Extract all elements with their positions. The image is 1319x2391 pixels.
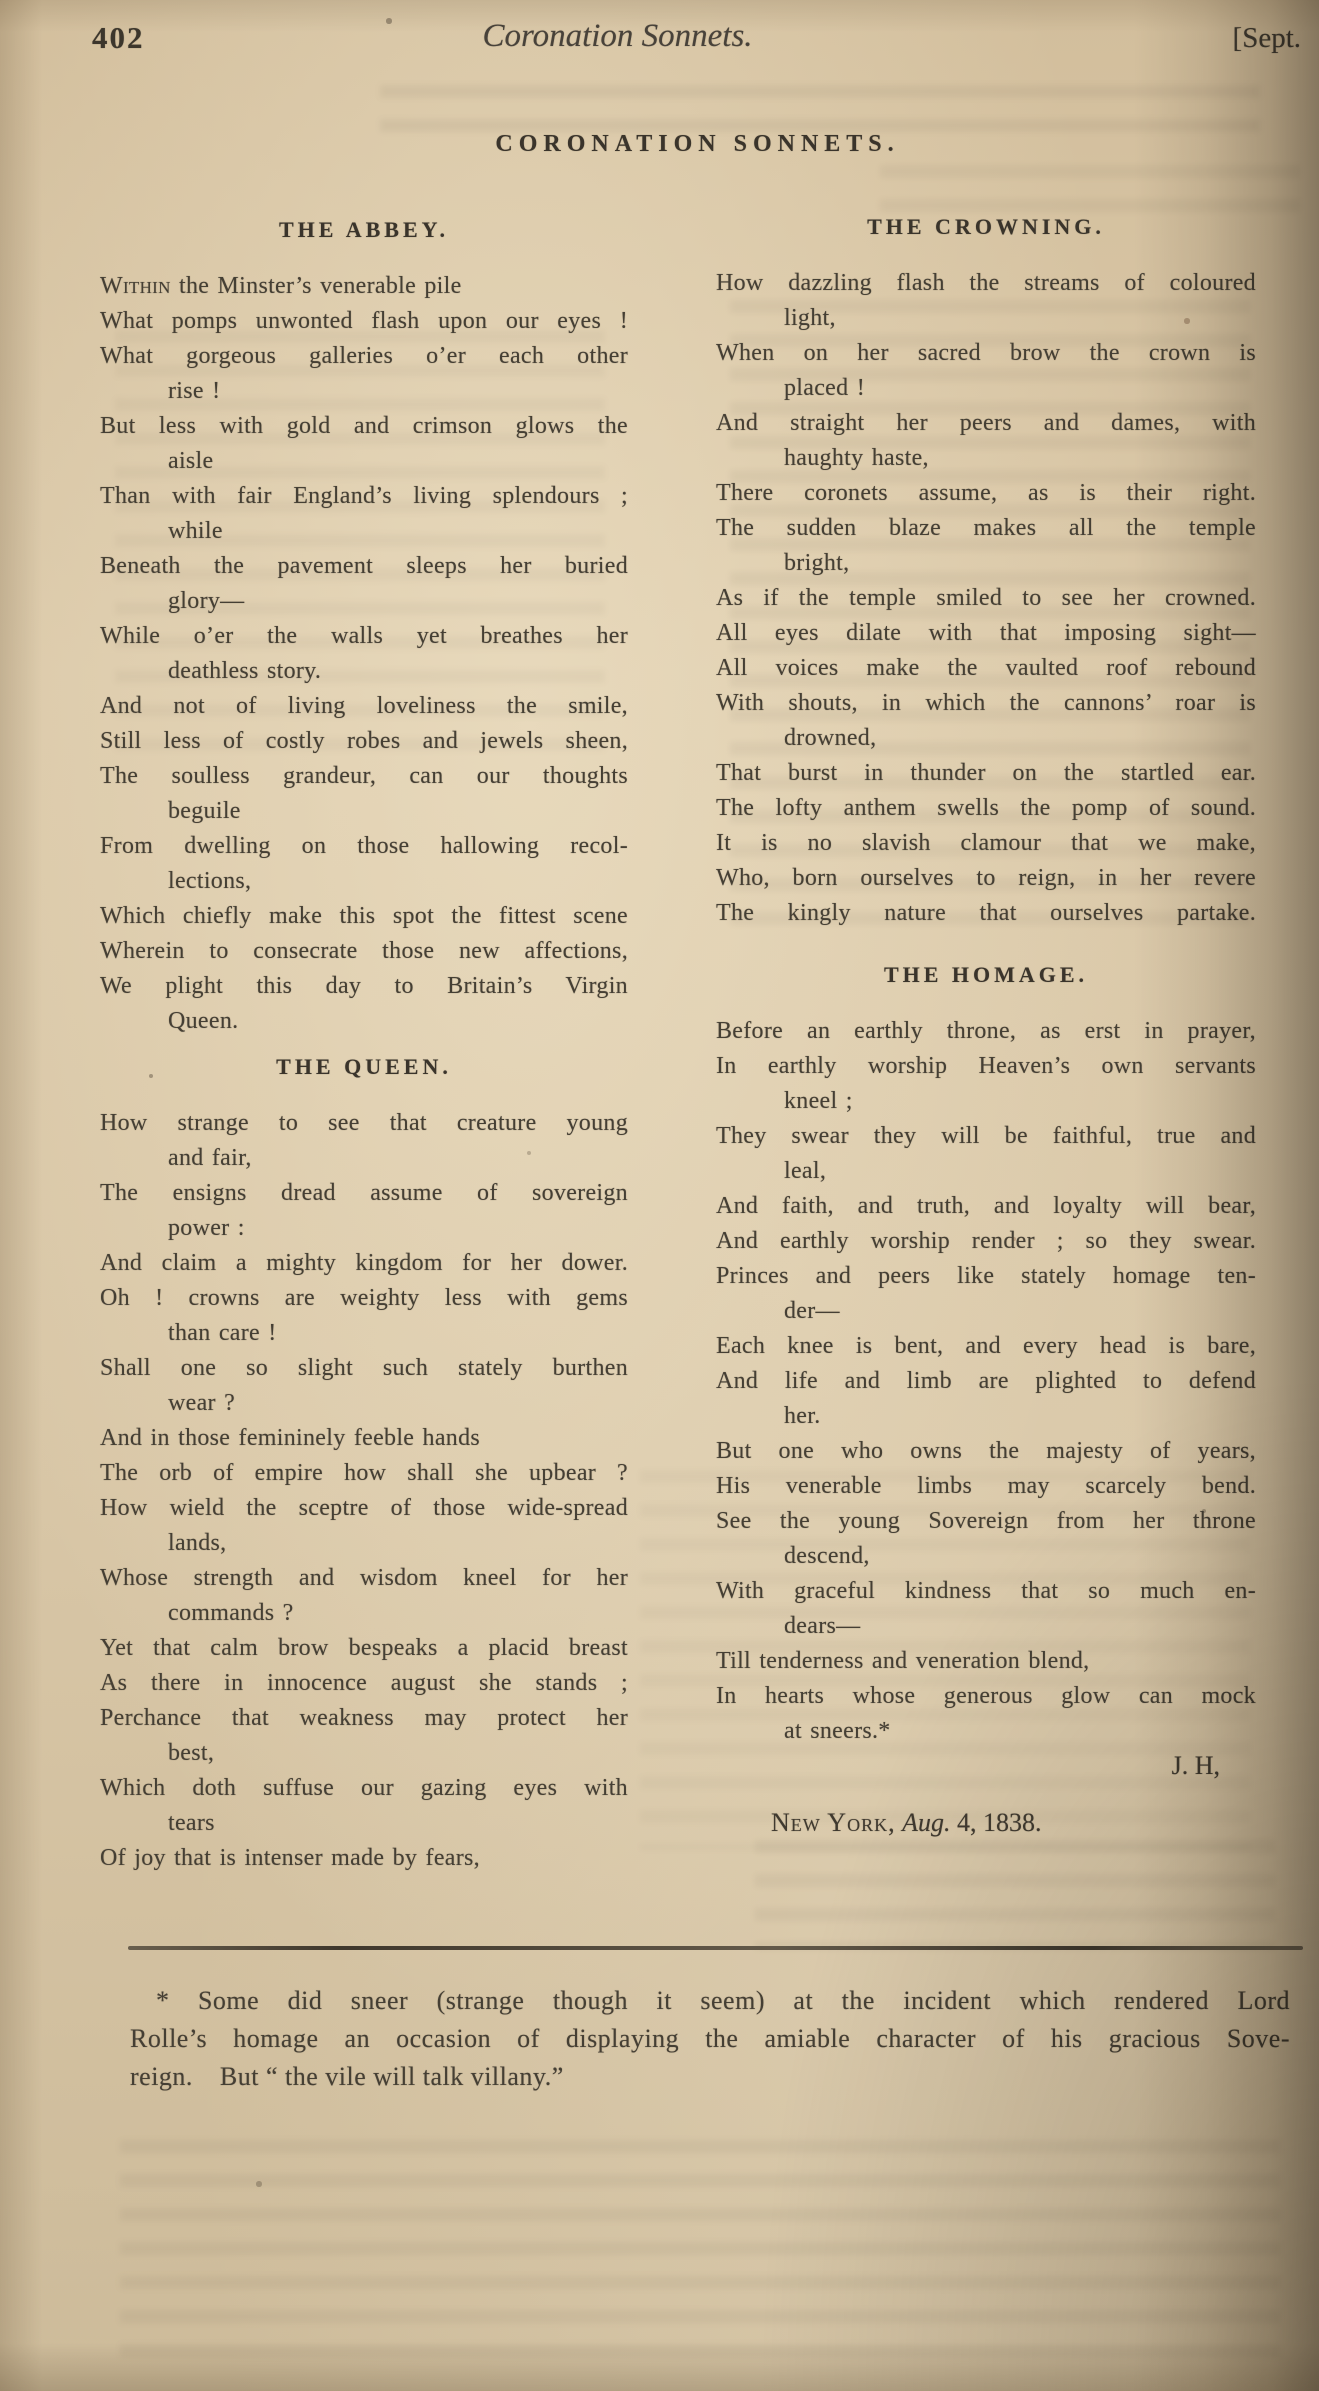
dateline-place: New York,: [771, 1808, 896, 1837]
dateline-month: Aug.: [902, 1808, 950, 1837]
sonnet-queen-lines: How strange to see that creature youngan…: [100, 1106, 628, 1876]
poem-line: In hearts whose generous glow can mock: [716, 1679, 1256, 1714]
poem-line: and fair,: [100, 1141, 628, 1176]
poem-line: The ensigns dread assume of sovereign: [100, 1176, 628, 1211]
poem-line: rise !: [100, 374, 628, 409]
poem-line: And in those femininely feeble hands: [100, 1421, 628, 1456]
poem-line: Of joy that is intenser made by fears,: [100, 1841, 628, 1876]
poem-line: In earthly worship Heaven’s own servants: [716, 1049, 1256, 1084]
poem-line: The soulless grandeur, can our thoughts: [100, 759, 628, 794]
poem-line: All voices make the vaulted roof rebound: [716, 651, 1256, 686]
lead-word-smallcaps: Within: [100, 273, 171, 299]
poem-line: Which doth suffuse our gazing eyes with: [100, 1771, 628, 1806]
poem-line: What pomps unwonted flash upon our eyes …: [100, 304, 628, 339]
poem-line: lands,: [100, 1526, 628, 1561]
scanned-book-page: 402 Coronation Sonnets. [Sept. CORONATIO…: [0, 0, 1319, 2391]
sonnet-heading: THE HOMAGE.: [716, 961, 1256, 989]
poem-line: Beneath the pavement sleeps her buried: [100, 549, 628, 584]
footnote-line: * Some did sneer (strange though it seem…: [130, 1982, 1290, 2020]
poem-line: There coronets assume, as is their right…: [716, 476, 1256, 511]
poem-line: Each knee is bent, and every head is bar…: [716, 1329, 1256, 1364]
poem-line: While o’er the walls yet breathes her: [100, 619, 628, 654]
poem-line: The lofty anthem swells the pomp of soun…: [716, 791, 1256, 826]
poem-line: From dwelling on those hallowing recol-: [100, 829, 628, 864]
poem-line: How strange to see that creature young: [100, 1106, 628, 1141]
poem-line: Princes and peers like stately homage te…: [716, 1259, 1256, 1294]
poem-line: best,: [100, 1736, 628, 1771]
poem-line: her.: [716, 1399, 1256, 1434]
poem-line: And straight her peers and dames, with: [716, 406, 1256, 441]
poem-line: while: [100, 514, 628, 549]
poem-line: The orb of empire how shall she upbear ?: [100, 1456, 628, 1491]
poem-line: descend,: [716, 1539, 1256, 1574]
poem-line: As if the temple smiled to see her crown…: [716, 581, 1256, 616]
poem-line: Still less of costly robes and jewels sh…: [100, 724, 628, 759]
poem-line: haughty haste,: [716, 441, 1256, 476]
poem-line: aisle: [100, 444, 628, 479]
poem-line: Queen.: [100, 1004, 628, 1039]
poem-line: drowned,: [716, 721, 1256, 756]
poem-line: And faith, and truth, and loyalty will b…: [716, 1189, 1256, 1224]
poem-line: der—: [716, 1294, 1256, 1329]
bleedthrough-ghost: [755, 1840, 1275, 1950]
running-title: Coronation Sonnets.: [0, 18, 1319, 55]
sonnet-the-queen: THE QUEEN. How strange to see that creat…: [100, 1053, 628, 1876]
poem-line: They swear they will be faithful, true a…: [716, 1119, 1256, 1154]
sonnet-homage-lines: Before an earthly throne, as erst in pra…: [716, 1014, 1256, 1749]
article-title: CORONATION SONNETS.: [0, 131, 1319, 158]
left-column: THE ABBEY. Within the Minster’s venerabl…: [100, 200, 628, 1876]
poem-line: light,: [716, 301, 1256, 336]
poem-line: But less with gold and crimson glows the: [100, 409, 628, 444]
poem-line: We plight this day to Britain’s Virgin: [100, 969, 628, 1004]
poem-line: glory—: [100, 584, 628, 619]
sonnet-crowning-lines: How dazzling flash the streams of colour…: [716, 266, 1256, 931]
poem-line: Who, born ourselves to reign, in her rev…: [716, 861, 1256, 896]
sonnet-abbey-lines: Within the Minster’s venerable pileWhat …: [100, 269, 628, 1039]
poem-line: It is no slavish clamour that we make,: [716, 826, 1256, 861]
poem-line: dears—: [716, 1609, 1256, 1644]
poem-line: wear ?: [100, 1386, 628, 1421]
poem-line: kneel ;: [716, 1084, 1256, 1119]
poem-line: That burst in thunder on the startled ea…: [716, 756, 1256, 791]
poem-line: What gorgeous galleries o’er each other: [100, 339, 628, 374]
poem-line: Before an earthly throne, as erst in pra…: [716, 1014, 1256, 1049]
poem-line: With graceful kindness that so much en-: [716, 1574, 1256, 1609]
poem-line: commands ?: [100, 1596, 628, 1631]
poem-line: Whose strength and wisdom kneel for her: [100, 1561, 628, 1596]
bleedthrough-ghost: [120, 2140, 1280, 2370]
poem-line: at sneers.*: [716, 1714, 1256, 1749]
poem-line: As there in innocence august she stands …: [100, 1666, 628, 1701]
poem-line: Oh ! crowns are weighty less with gems: [100, 1281, 628, 1316]
poem-line: With shouts, in which the cannons’ roar …: [716, 686, 1256, 721]
poem-line: And not of living loveliness the smile,: [100, 689, 628, 724]
dateline-rest: 4, 1838.: [950, 1808, 1041, 1837]
poem-line: Shall one so slight such stately burthen: [100, 1351, 628, 1386]
poem-line: bright,: [716, 546, 1256, 581]
foxing-speckles: [0, 0, 2, 2]
poem-line: Wherein to consecrate those new affectio…: [100, 934, 628, 969]
sonnet-heading: THE ABBEY.: [100, 216, 628, 244]
author-initials: J. H,: [716, 1751, 1256, 1781]
poem-line: placed !: [716, 371, 1256, 406]
poem-line: All eyes dilate with that imposing sight…: [716, 616, 1256, 651]
footnote-rule: [128, 1946, 1303, 1950]
poem-line: Perchance that weakness may protect her: [100, 1701, 628, 1736]
footnote-line: Rolle’s homage an occasion of displaying…: [130, 2020, 1290, 2058]
poem-line: Than with fair England’s living splendou…: [100, 479, 628, 514]
poem-line: How dazzling flash the streams of colour…: [716, 266, 1256, 301]
poem-line: The sudden blaze makes all the temple: [716, 511, 1256, 546]
poem-line: deathless story.: [100, 654, 628, 689]
sonnet-the-homage: THE HOMAGE. Before an earthly throne, as…: [716, 961, 1256, 1749]
poem-line: tears: [100, 1806, 628, 1841]
poem-line: Which chiefly make this spot the fittest…: [100, 899, 628, 934]
poem-line: And earthly worship render ; so they swe…: [716, 1224, 1256, 1259]
footnote-line: reign. But “ the vile will talk villany.…: [130, 2058, 1290, 2096]
poem-line: leal,: [716, 1154, 1256, 1189]
poem-line: lections,: [100, 864, 628, 899]
running-title-text: Coronation Sonnets.: [482, 18, 752, 54]
poem-line: Till tenderness and veneration blend,: [716, 1644, 1256, 1679]
sonnet-the-abbey: THE ABBEY. Within the Minster’s venerabl…: [100, 216, 628, 1039]
poem-line: And claim a mighty kingdom for her dower…: [100, 1246, 628, 1281]
sonnet-the-crowning: THE CROWNING. How dazzling flash the str…: [716, 213, 1256, 931]
poem-line: power :: [100, 1211, 628, 1246]
poem-line: See the young Sovereign from her throne: [716, 1504, 1256, 1539]
dateline: New York, Aug. 4, 1838.: [716, 1807, 1256, 1839]
sonnet-heading: THE QUEEN.: [100, 1053, 628, 1081]
poem-line: But one who owns the majesty of years,: [716, 1434, 1256, 1469]
poem-line: beguile: [100, 794, 628, 829]
poem-line: The kingly nature that ourselves partake…: [716, 896, 1256, 931]
poem-line: When on her sacred brow the crown is: [716, 336, 1256, 371]
article-title-text: CORONATION SONNETS.: [495, 131, 899, 157]
poem-line: His venerable limbs may scarcely bend.: [716, 1469, 1256, 1504]
poem-line: How wield the sceptre of those wide-spre…: [100, 1491, 628, 1526]
footnote: * Some did sneer (strange though it seem…: [130, 1982, 1290, 2096]
sonnet-heading: THE CROWNING.: [716, 213, 1256, 241]
poem-line: than care !: [100, 1316, 628, 1351]
poem-line: Yet that calm brow bespeaks a placid bre…: [100, 1631, 628, 1666]
poem-line: And life and limb are plighted to defend: [716, 1364, 1256, 1399]
right-column: THE CROWNING. How dazzling flash the str…: [716, 200, 1256, 1839]
poem-line: Within the Minster’s venerable pile: [100, 269, 628, 304]
issue-month: [Sept.: [1233, 22, 1301, 55]
